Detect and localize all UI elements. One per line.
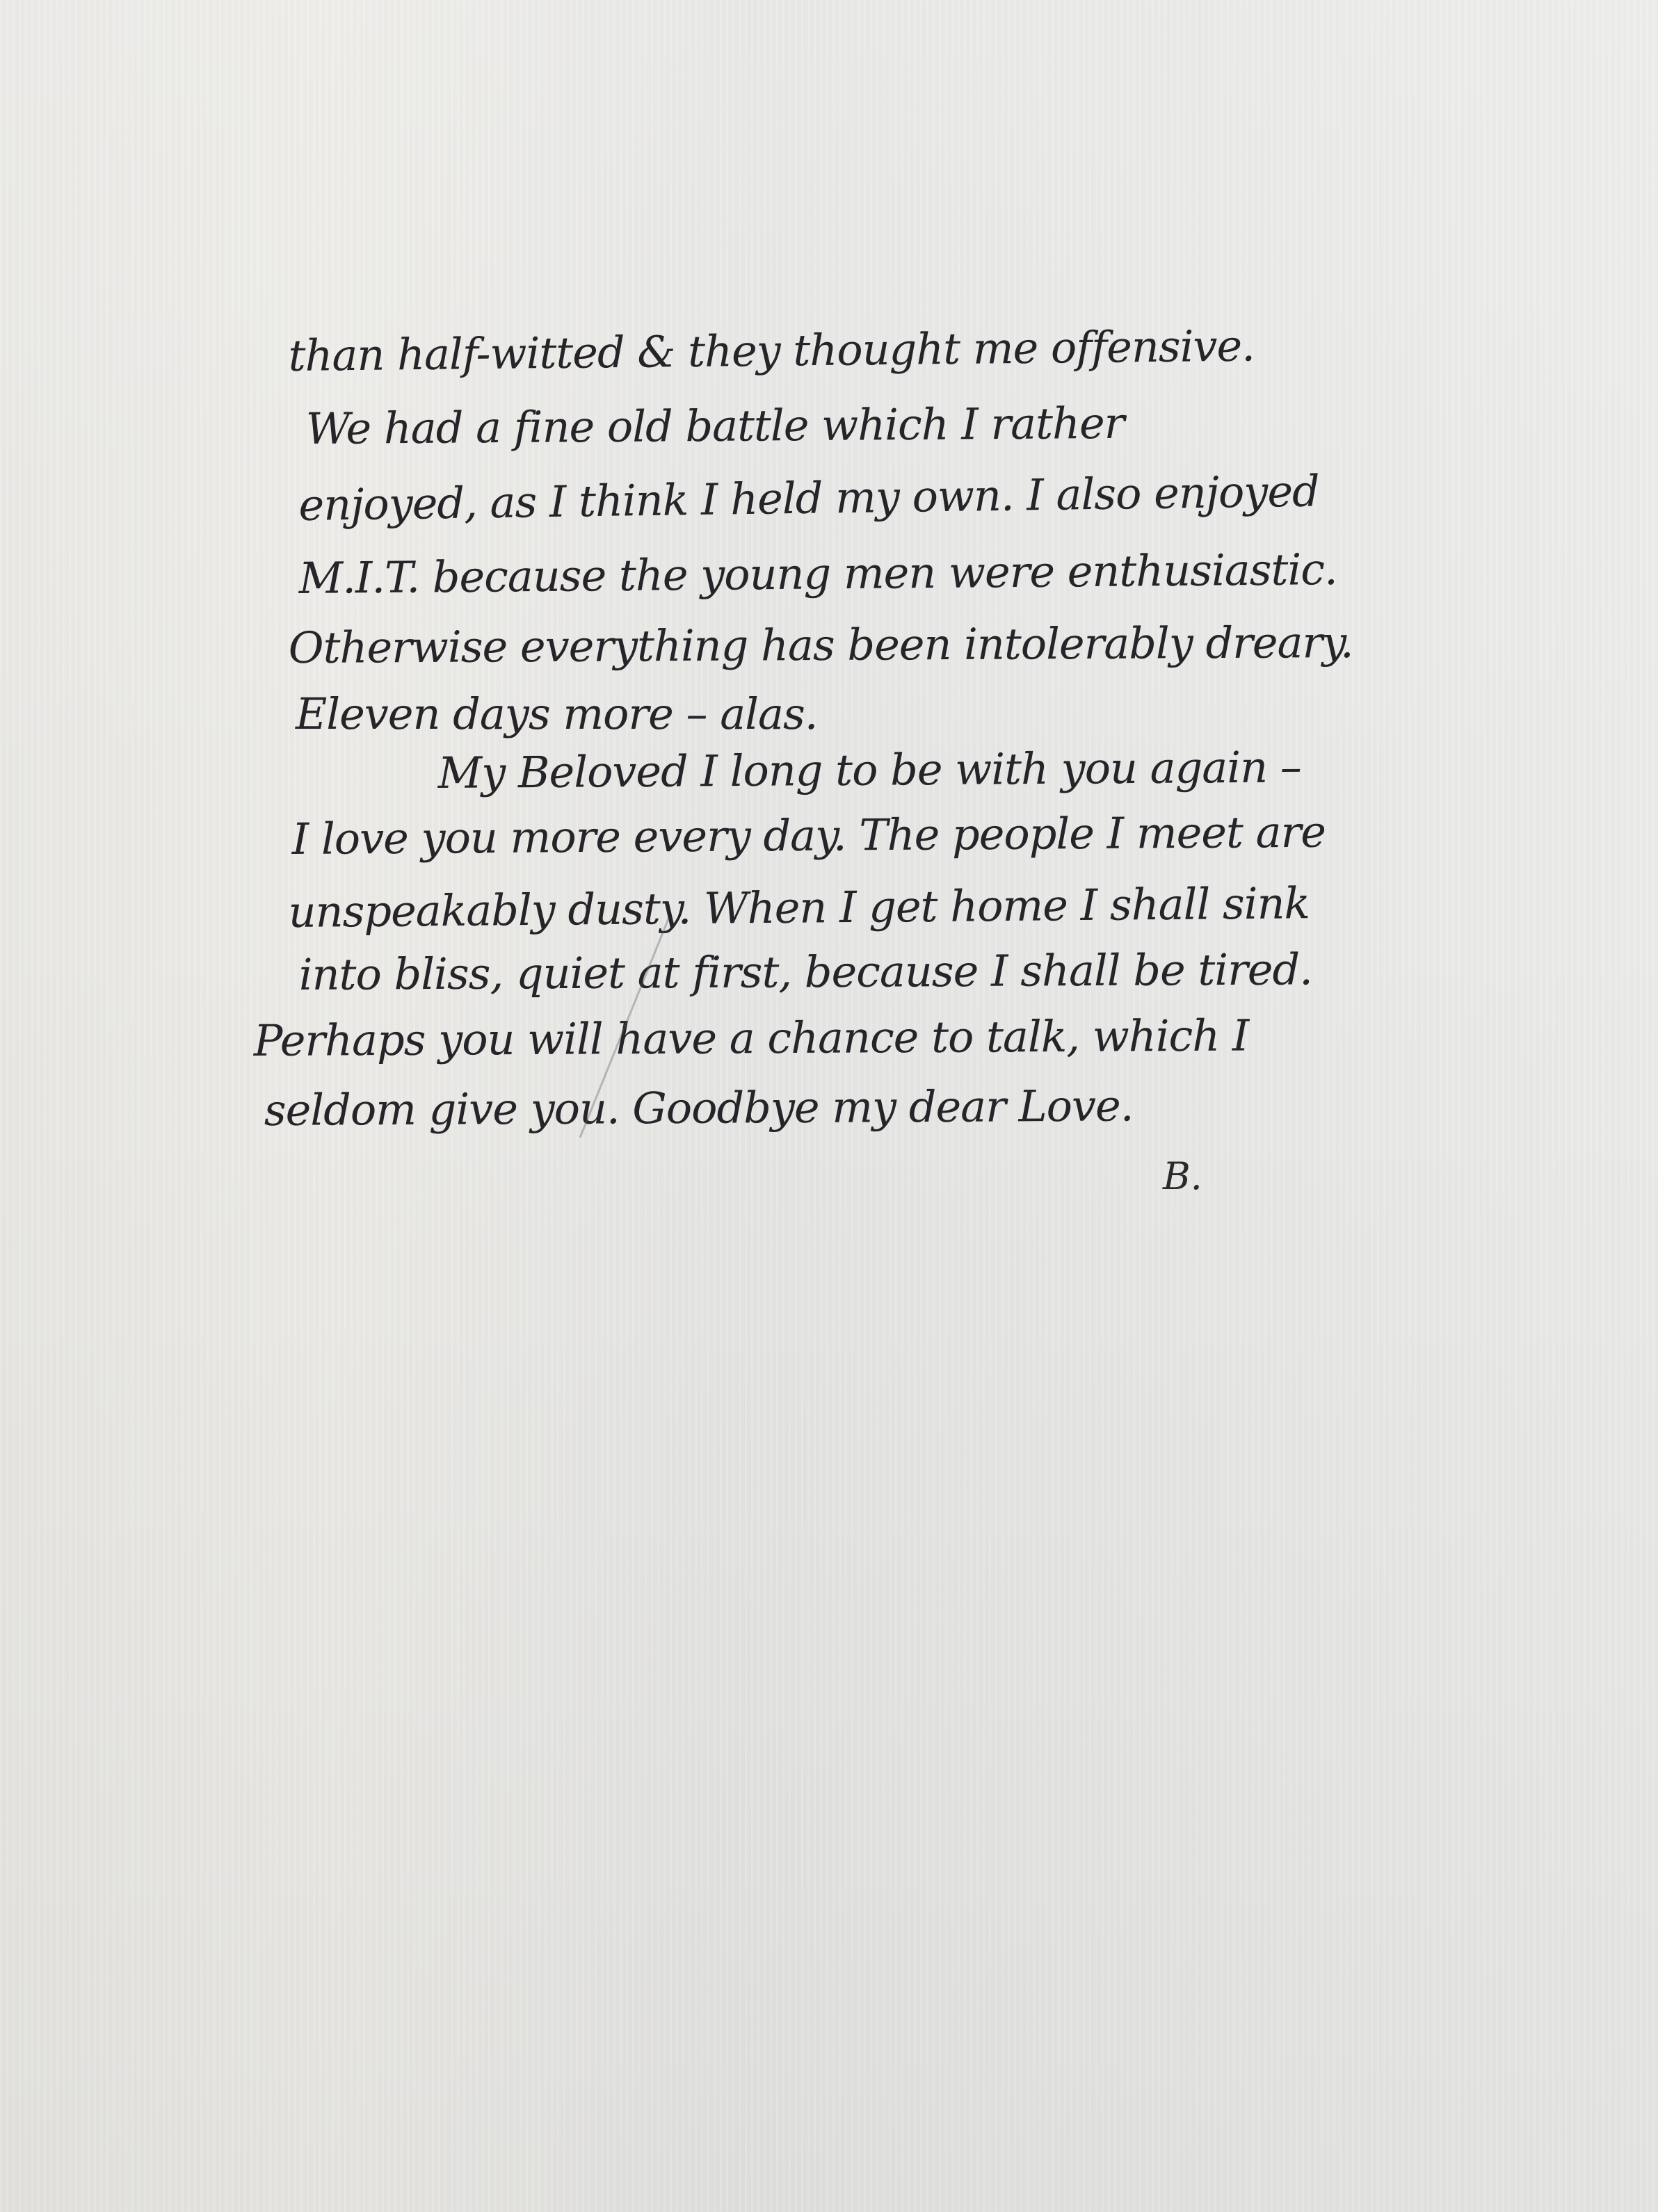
letter-line-8: I love you more every day. The people I …	[291, 807, 1326, 864]
letter-line-1: than half-witted & they thought me offen…	[288, 320, 1255, 381]
letter-line-4: M.I.T. because the young men were enthus…	[298, 544, 1337, 604]
letter-line-6: Eleven days more – alas.	[296, 688, 818, 739]
letter-line-3: enjoyed, as I think I held my own. I als…	[298, 466, 1319, 531]
letter-line-2: We had a fine old battle which I rather	[305, 398, 1124, 454]
letter-line-12: seldom give you. Goodbye my dear Love.	[264, 1080, 1134, 1136]
letter-line-11: Perhaps you will have a chance to talk, …	[254, 1010, 1249, 1066]
handwritten-letter: than half-witted & they thought me offen…	[0, 0, 1658, 2212]
signature-initial: B.	[1163, 1154, 1202, 1198]
letter-line-9: unspeakably dusty. When I get home I sha…	[288, 878, 1310, 937]
letter-line-5: Otherwise everything has been intolerabl…	[289, 617, 1353, 673]
letter-line-10: into bliss, quiet at first, because I sh…	[299, 944, 1312, 1000]
letter-line-7: My Beloved I long to be with you again –	[437, 741, 1301, 798]
